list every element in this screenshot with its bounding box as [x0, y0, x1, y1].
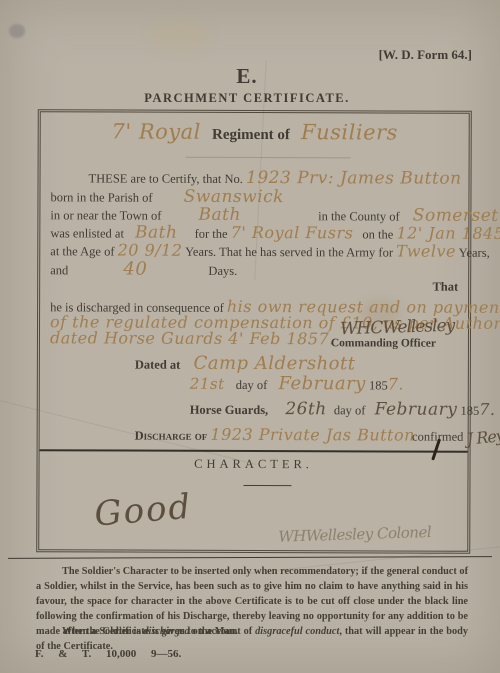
hg-day-of-label: day of — [334, 403, 366, 417]
footer-note-text: When a Soldier is — [62, 626, 143, 637]
regiment-underline — [186, 157, 351, 159]
age-label: at the Age of — [50, 244, 114, 258]
year-digit-handwriting: 7. — [388, 374, 404, 393]
certify-lead-label: THESE are to Certify, that No. — [89, 171, 243, 186]
horse-guards-label: Horse Guards, — [190, 403, 269, 417]
served-label: Years. That he has served in the Army fo… — [185, 245, 393, 260]
character-underline — [243, 485, 291, 486]
regiment-name-handwriting: Fusiliers — [301, 120, 398, 144]
character-value-handwriting: Good — [93, 487, 194, 535]
footer-note-text: on account of — [190, 626, 255, 637]
day-of-line: 21st day of February 1857. — [190, 373, 404, 395]
commanding-officer-label: Commanding Officer — [331, 337, 436, 349]
unit-handwriting: 7' Royal Fusrs — [231, 223, 354, 242]
hg-day-handwriting: 26th — [285, 399, 326, 419]
dated-at-label: Dated at — [135, 358, 181, 372]
hg-year-digit-handwriting: 7. — [479, 400, 495, 419]
certify-line-1: THESE are to Certify, that No. 1923 Prv:… — [89, 167, 462, 188]
dated-at-line: Dated at Camp Aldershott — [135, 353, 356, 375]
served-years-handwriting: Twelve — [396, 241, 456, 260]
certify-line-6: and 40 Days. — [50, 258, 237, 280]
regiment-line: 7' Royal Regiment of Fusiliers — [41, 119, 469, 144]
character-signature: WHWellesley Colonel — [278, 523, 431, 546]
hole-punch — [9, 24, 25, 38]
regiment-number-handwriting: 7' Royal — [111, 120, 200, 144]
soldier-number-name-handwriting: 1923 Prv: James Button — [246, 168, 462, 189]
character-heading: CHARACTER. — [40, 456, 468, 472]
day-of-label: day of — [236, 378, 268, 392]
paper-stain — [150, 20, 210, 50]
county-label: in the County of — [318, 209, 400, 223]
discharge-line-3: dated Horse Guards 4' Feb 1857. — [50, 328, 335, 348]
print-code: F. & T. 10,000 9—56. — [35, 648, 181, 660]
page-title: PARCHMENT CERTIFICATE. — [0, 91, 494, 106]
enlisted-label: was enlisted at — [50, 226, 124, 240]
dated-place-handwriting: Camp Aldershott — [193, 353, 355, 375]
for-the-label: for the — [195, 227, 228, 241]
cutoff-black-line — [40, 449, 468, 452]
regiment-of-label: Regiment of — [204, 127, 298, 143]
horse-guards-line: Horse Guards, 26th day of February 1857. — [190, 399, 496, 420]
parish-label: born in the Parish of — [50, 190, 152, 204]
enlist-date-handwriting: 12' Jan 1845 — [396, 223, 500, 242]
day-handwriting: 21st — [190, 375, 225, 393]
document-photo: [W. D. Form 64.] E. PARCHMENT CERTIFICAT… — [0, 0, 500, 673]
that-label: That — [432, 280, 458, 294]
form-reference: [W. D. Form 64.] — [379, 47, 472, 63]
served-days-handwriting: 40 — [123, 259, 147, 280]
hg-year-printed-label: 185 — [460, 404, 479, 418]
separator-rule — [8, 556, 492, 559]
discharge-confirm-line: Discharge of 1923 Private Jas Button con… — [135, 425, 500, 445]
and-label: and — [50, 263, 68, 277]
footer-note-italic-discharged: discharged — [143, 626, 189, 637]
discharge-of-label: Discharge of — [135, 429, 208, 443]
days-label: Days. — [208, 264, 237, 278]
footer-note-italic-conduct: disgraceful conduct — [255, 626, 339, 637]
section-letter: E. — [0, 64, 494, 89]
that-line: That — [432, 280, 458, 295]
hg-month-handwriting: February — [375, 399, 458, 419]
confirm-signature-handwriting: J Reynolds — [466, 422, 500, 449]
on-the-label: on the — [362, 227, 393, 241]
certificate-box: 7' Royal Regiment of Fusiliers THESE are… — [36, 109, 472, 554]
year-printed-label: 185 — [369, 378, 388, 392]
years-label: Years, — [459, 246, 490, 260]
discharged-soldier-handwriting: 1923 Private Jas Button — [210, 425, 415, 445]
age-handwriting: 20 9/12 — [118, 241, 183, 260]
month-handwriting: February — [278, 373, 365, 394]
town-label: in or near the Town of — [50, 208, 161, 222]
commanding-officer-signature: WHCWellesley — [340, 316, 455, 340]
